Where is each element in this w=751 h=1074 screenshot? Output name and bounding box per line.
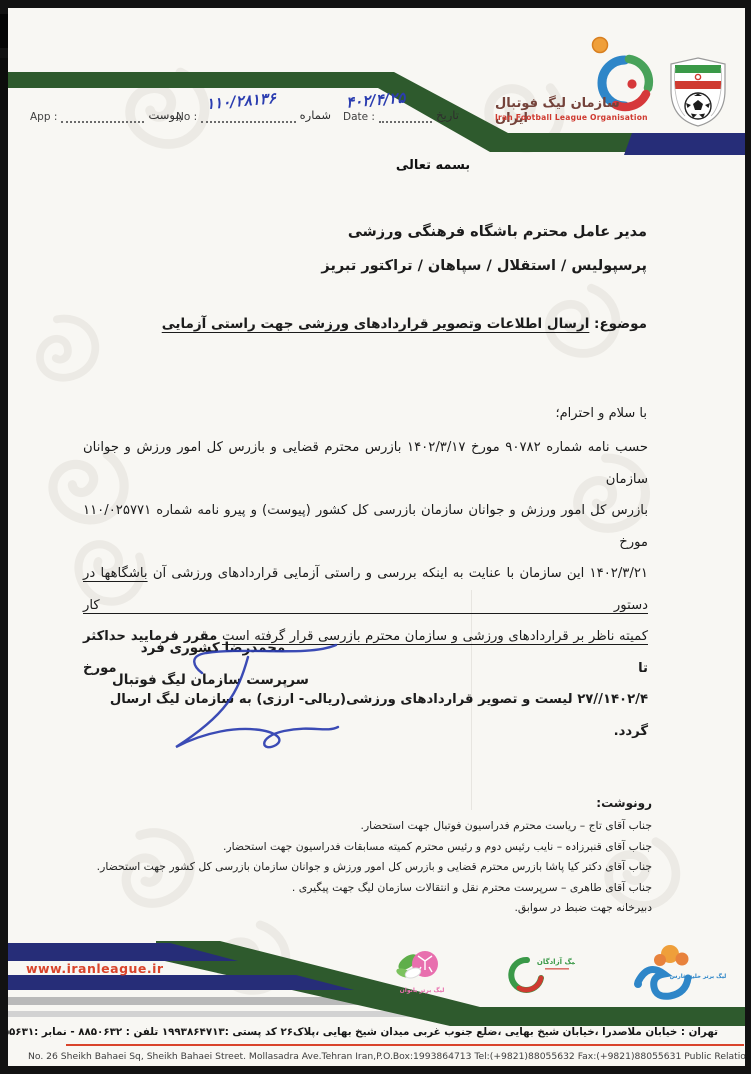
org-name-en: Iran Football League Organisation	[495, 113, 655, 122]
cc-list: جناب آقای تاج – ریاست محترم فدراسیون فوت…	[97, 816, 652, 919]
women-league-caption: لیگ برتر بانوان	[400, 986, 445, 994]
scan-edge-mark	[0, 58, 8, 110]
women-league-icon: لیگ برتر بانوان	[391, 942, 453, 1006]
number-field: No : شماره	[176, 108, 331, 123]
recipient-line-2: پرسپولیس / استقلال / سپاهان / تراکتور تب…	[321, 258, 647, 274]
persian-gulf-league-icon: لیگ برتر خلیج فارس	[624, 940, 728, 1006]
attachment-field: App : پیوست	[30, 108, 182, 123]
date-label-en: Date :	[343, 111, 375, 123]
attachment-label-en: App :	[30, 111, 57, 123]
cc-item: جناب آقای تاج – ریاست محترم فدراسیون فوت…	[97, 816, 652, 837]
address-fa: تهران : خیابان ملاصدرا ،خیابان شیخ بهایی…	[36, 1026, 718, 1038]
website-url: www.iranleague.ir	[26, 961, 164, 976]
footer-red-rule	[66, 1044, 744, 1046]
cc-item: جناب آقای دکتر کیا پاشا بازرس محترم قضای…	[97, 857, 652, 878]
attachment-dotted-line	[61, 110, 144, 123]
persian-gulf-league-caption: لیگ برتر خلیج فارس	[670, 972, 726, 980]
cc-item: جناب آقای طاهری – سرپرست محترم نقل و انت…	[97, 878, 652, 899]
body-line: حسب نامه شماره ۹۰۷۸۲ مورخ ۱۴۰۲/۳/۱۷ بازر…	[83, 432, 648, 495]
body-line: بازرس کل امور ورزش و جوانان سازمان بازرس…	[83, 495, 648, 558]
azadegan-league-icon: لیگ آزادگان	[505, 948, 575, 1006]
cc-item: دبیرخانه جهت ضبط در سوابق.	[97, 898, 652, 919]
besmele-text: بسمه تعالی	[393, 158, 473, 173]
azadegan-league-caption: لیگ آزادگان	[537, 957, 575, 966]
recipient-line-1: مدیر عامل محترم باشگاه فرهنگی ورزشی	[348, 224, 647, 240]
watermark-ornament-icon	[26, 308, 106, 388]
number-label-fa: شماره	[300, 108, 331, 122]
federation-crest-icon	[663, 56, 733, 128]
scan-edge-mark	[0, 14, 8, 48]
cc-item: جناب آقای قنبرزاده – نایب رئیس دوم و رئی…	[97, 837, 652, 858]
subject-line: موضوع: ارسال اطلاعات وتصویر قراردادهای و…	[162, 316, 647, 332]
date-dotted-line	[379, 110, 432, 123]
subject-label: موضوع:	[594, 316, 647, 332]
address-en: No. 26 Sheikh Bahaei Sq, Sheikh Bahaei S…	[28, 1051, 728, 1062]
cc-heading: رونوشت:	[596, 796, 652, 810]
letter-page: سازمان لیگ فوتبال ایران Iran Football Le…	[8, 8, 745, 1066]
scan-background: سازمان لیگ فوتبال ایران Iran Football Le…	[0, 0, 751, 1074]
subject-text: ارسال اطلاعات وتصویر قراردادهای ورزشی جه…	[162, 316, 590, 332]
date-label-fa: تاریخ	[436, 108, 459, 122]
salutation: با سلام و احترام؛	[556, 406, 648, 421]
signature-scribble-icon	[98, 623, 348, 763]
attachment-label-fa: پیوست	[148, 108, 182, 122]
body-line: ۱۴۰۲/۳/۲۱ این سازمان با عنایت به اینکه ب…	[83, 558, 648, 621]
